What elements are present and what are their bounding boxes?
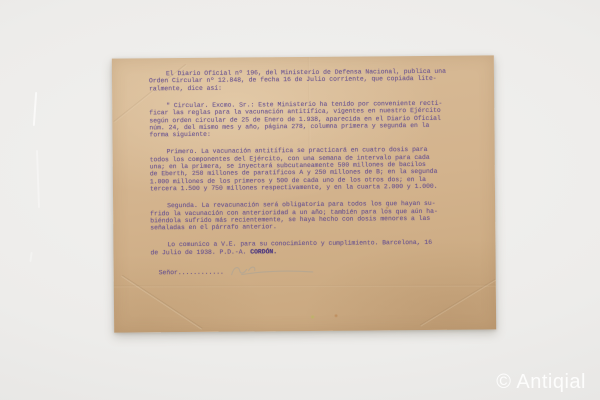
paper-crease (121, 275, 202, 330)
typewritten-text: El Diario Oficial nº 196, del Ministerio… (149, 68, 467, 277)
handwritten-signature (228, 261, 316, 280)
document-paragraph-segunda: Segunda. La revacunación será obligatori… (150, 200, 466, 232)
watermark: © Antiqial (496, 371, 586, 394)
document-paragraph-intro: El Diario Oficial nº 196, del Ministerio… (149, 68, 465, 93)
addressee-line: Señor............ (151, 260, 467, 277)
background-scratch (29, 252, 32, 262)
paper-crease (420, 279, 496, 327)
photo-background: El Diario Oficial nº 196, del Ministerio… (0, 0, 600, 400)
background-scratch (36, 150, 40, 208)
paper-stain (310, 315, 315, 319)
paper-stain (334, 314, 338, 318)
signature-stamp: CORDÓN. (250, 248, 277, 255)
closing-text: Lo comunico a V.E. para su conocimiento … (150, 239, 432, 256)
addressee-text: Señor............ (151, 268, 224, 276)
background-scratch (33, 92, 37, 126)
document-paragraph-circular: " Circular. Excmo. Sr.: Este Ministerio … (149, 99, 465, 139)
document-paper: El Diario Oficial nº 196, del Ministerio… (112, 55, 496, 332)
document-paragraph-closing: Lo comunico a V.E. para su conocimiento … (150, 239, 466, 257)
paper-crease (114, 285, 496, 288)
document-paragraph-primero: Primero. La vacunación antitífica se pra… (150, 146, 466, 193)
